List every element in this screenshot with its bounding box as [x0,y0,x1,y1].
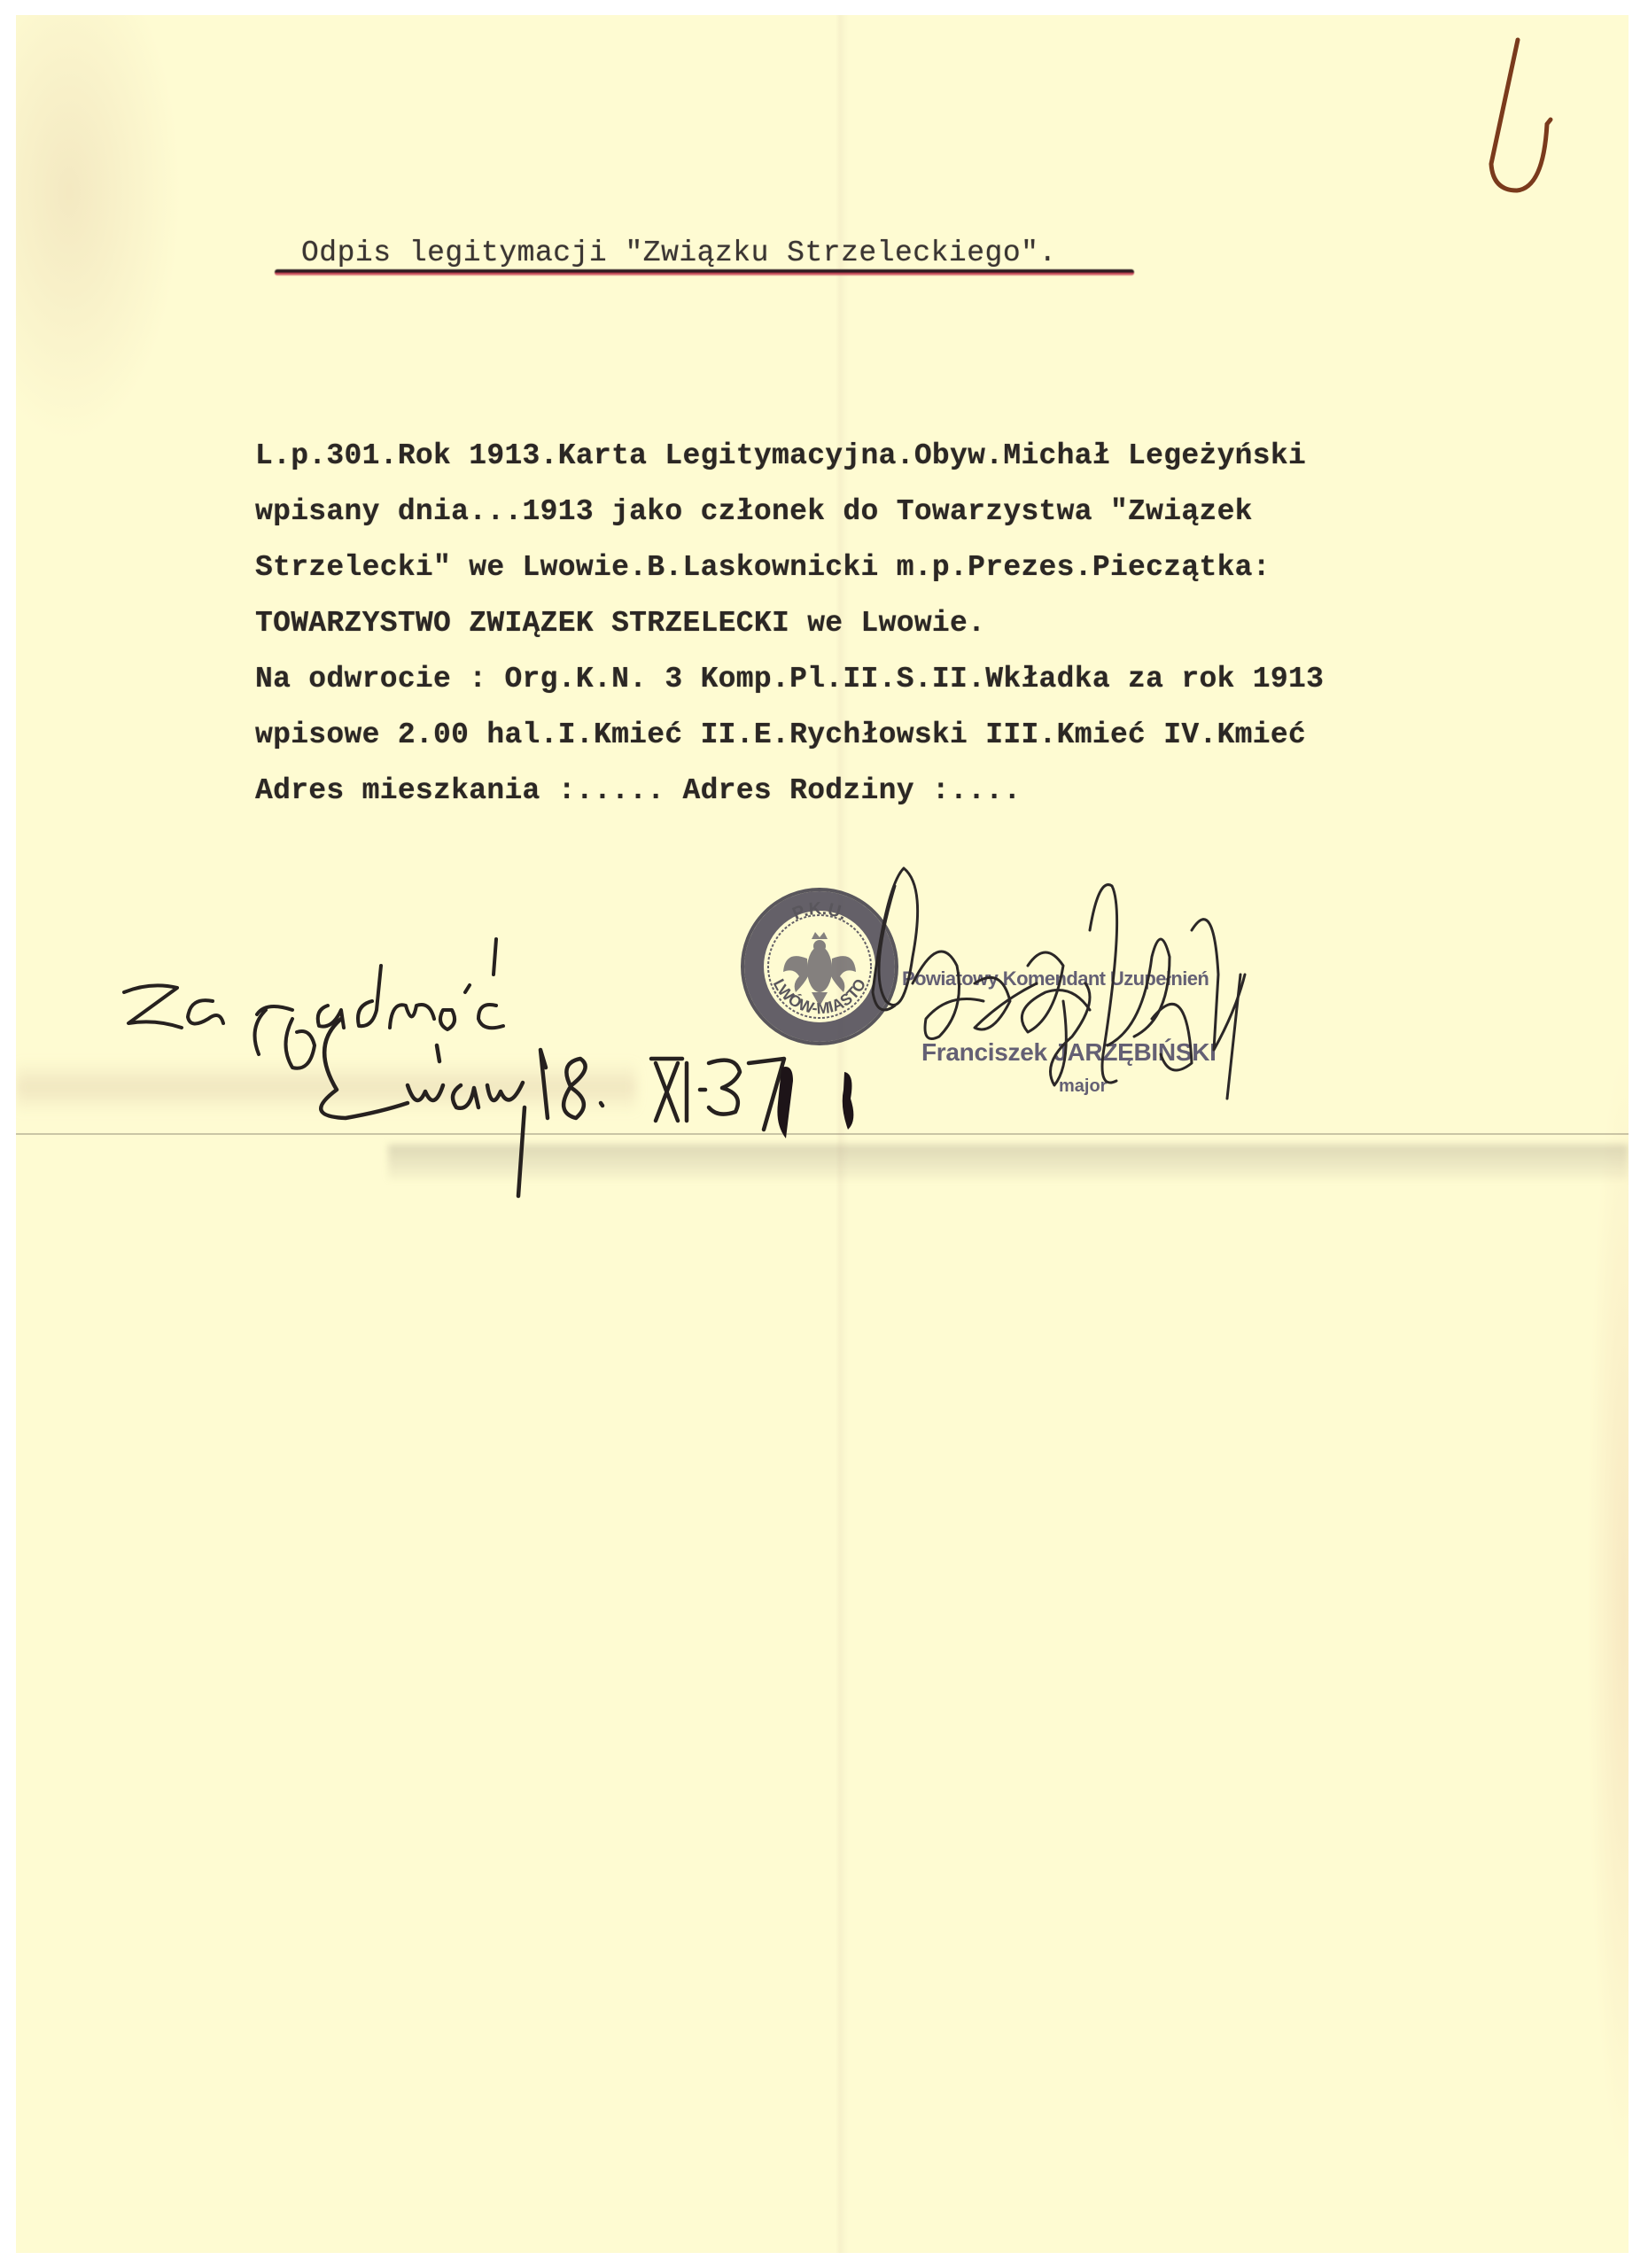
place-date-handwriting-icon [321,1019,784,1196]
handwriting-layer [0,0,1648,2268]
certification-handwriting-icon [124,939,503,1068]
signature-icon [873,868,1245,1099]
corner-pencil-mark-icon [1491,40,1551,190]
ink-blot-icon [777,1067,853,1138]
